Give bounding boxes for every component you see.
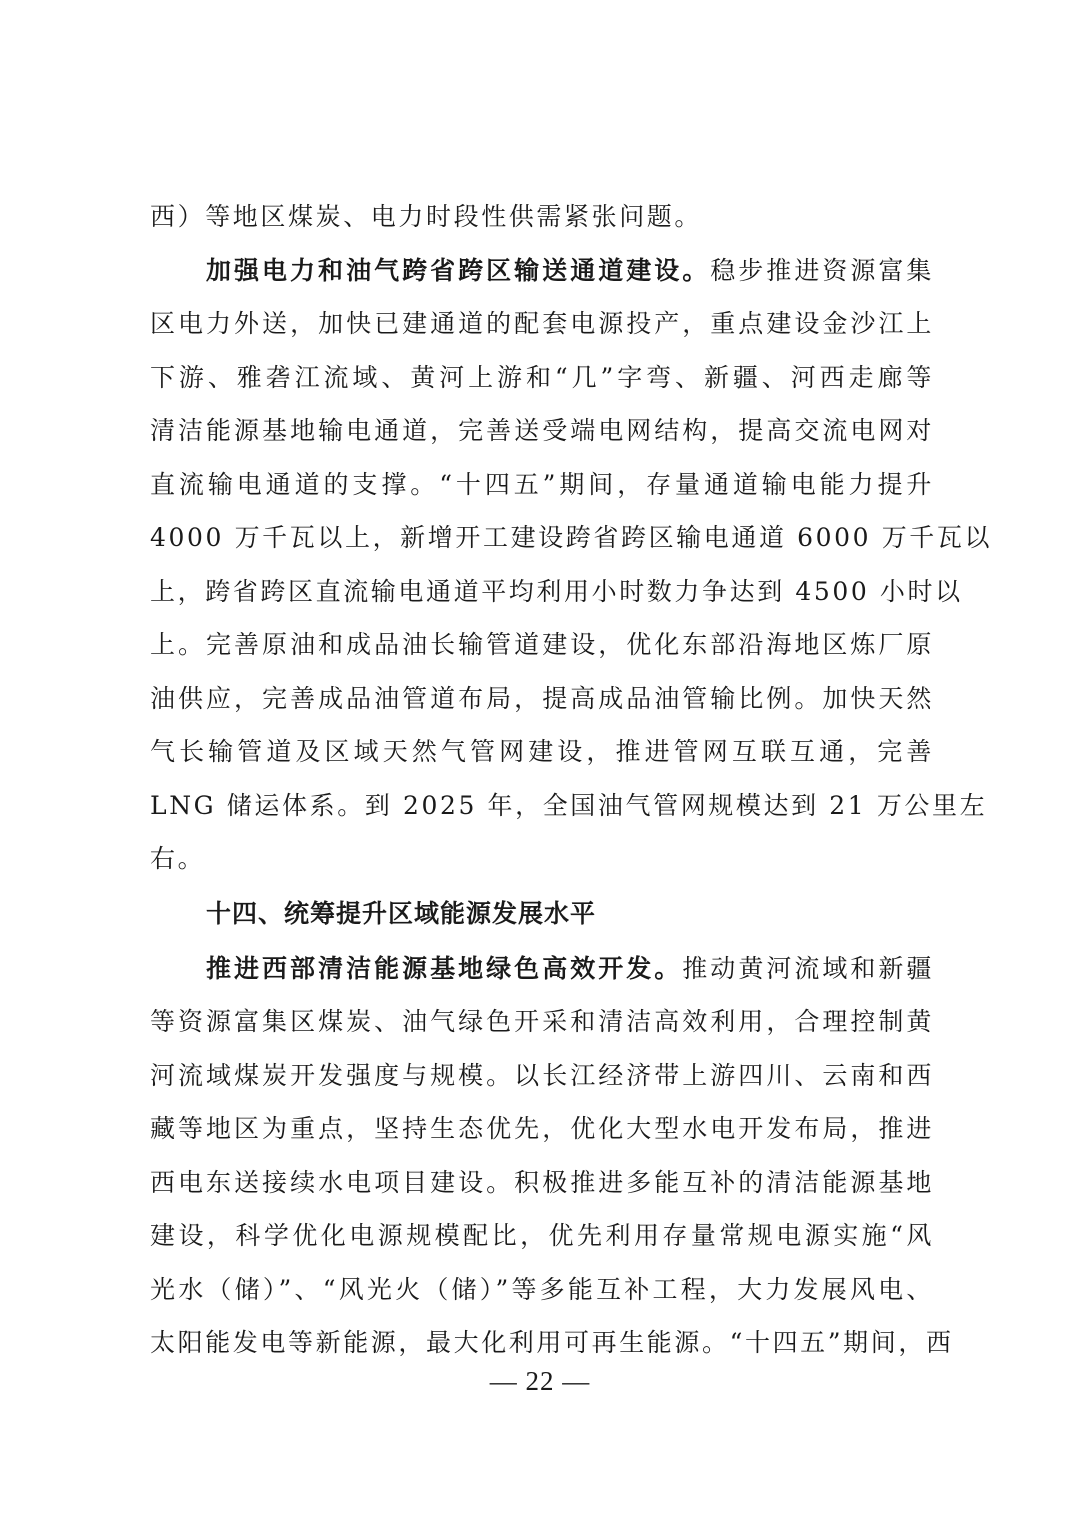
- section-heading: 十四、统筹提升区域能源发展水平: [150, 886, 934, 942]
- document-page: 西）等地区煤炭、电力时段性供需紧张问题。 加强电力和油气跨省跨区输送通道建设。稳…: [150, 190, 934, 1370]
- paragraph-line: 光水（储）”、“风光火（储）”等多能互补工程，大力发展风电、: [150, 1263, 934, 1317]
- paragraph-lead-bold: 推进西部清洁能源基地绿色高效开发。: [206, 954, 682, 983]
- paragraph-line: 气长输管道及区域天然气管网建设，推进管网互联互通，完善: [150, 725, 934, 779]
- paragraph-line: 河流域煤炭开发强度与规模。以长江经济带上游四川、云南和西: [150, 1049, 934, 1103]
- paragraph-line: 太阳能发电等新能源，最大化利用可再生能源。“十四五”期间，西: [150, 1316, 934, 1370]
- paragraph-line: 西）等地区煤炭、电力时段性供需紧张问题。: [150, 190, 934, 244]
- paragraph-line: 下游、雅砻江流域、黄河上游和“几”字弯、新疆、河西走廊等: [150, 351, 934, 405]
- paragraph-line: 西电东送接续水电项目建设。积极推进多能互补的清洁能源基地: [150, 1156, 934, 1210]
- paragraph-text: 推动黄河流域和新疆: [682, 954, 934, 983]
- paragraph-line: LNG 储运体系。到 2025 年，全国油气管网规模达到 21 万公里左: [150, 779, 934, 833]
- page-number: — 22 —: [0, 1366, 1080, 1397]
- paragraph-line: 直流输电通道的支撑。“十四五”期间，存量通道输电能力提升: [150, 458, 934, 512]
- paragraph-line: 上。完善原油和成品油长输管道建设，优化东部沿海地区炼厂原: [150, 618, 934, 672]
- paragraph-lead-bold: 加强电力和油气跨省跨区输送通道建设。: [206, 256, 710, 285]
- paragraph-line: 右。: [150, 832, 934, 886]
- paragraph-line: 油供应，完善成品油管道布局，提高成品油管输比例。加快天然: [150, 672, 934, 726]
- paragraph-line: 区电力外送，加快已建通道的配套电源投产，重点建设金沙江上: [150, 297, 934, 351]
- paragraph-line: 上，跨省跨区直流输电通道平均利用小时数力争达到 4500 小时以: [150, 565, 934, 619]
- paragraph-line: 清洁能源基地输电通道，完善送受端电网结构，提高交流电网对: [150, 404, 934, 458]
- paragraph-text: 稳步推进资源富集: [710, 256, 934, 285]
- paragraph-first-line: 加强电力和油气跨省跨区输送通道建设。稳步推进资源富集: [150, 244, 934, 298]
- paragraph-line: 4000 万千瓦以上，新增开工建设跨省跨区输电通道 6000 万千瓦以: [150, 511, 934, 565]
- paragraph-line: 等资源富集区煤炭、油气绿色开采和清洁高效利用，合理控制黄: [150, 995, 934, 1049]
- paragraph-line: 建设，科学优化电源规模配比，优先利用存量常规电源实施“风: [150, 1209, 934, 1263]
- paragraph-line: 藏等地区为重点，坚持生态优先，优化大型水电开发布局，推进: [150, 1102, 934, 1156]
- paragraph-first-line: 推进西部清洁能源基地绿色高效开发。推动黄河流域和新疆: [150, 942, 934, 996]
